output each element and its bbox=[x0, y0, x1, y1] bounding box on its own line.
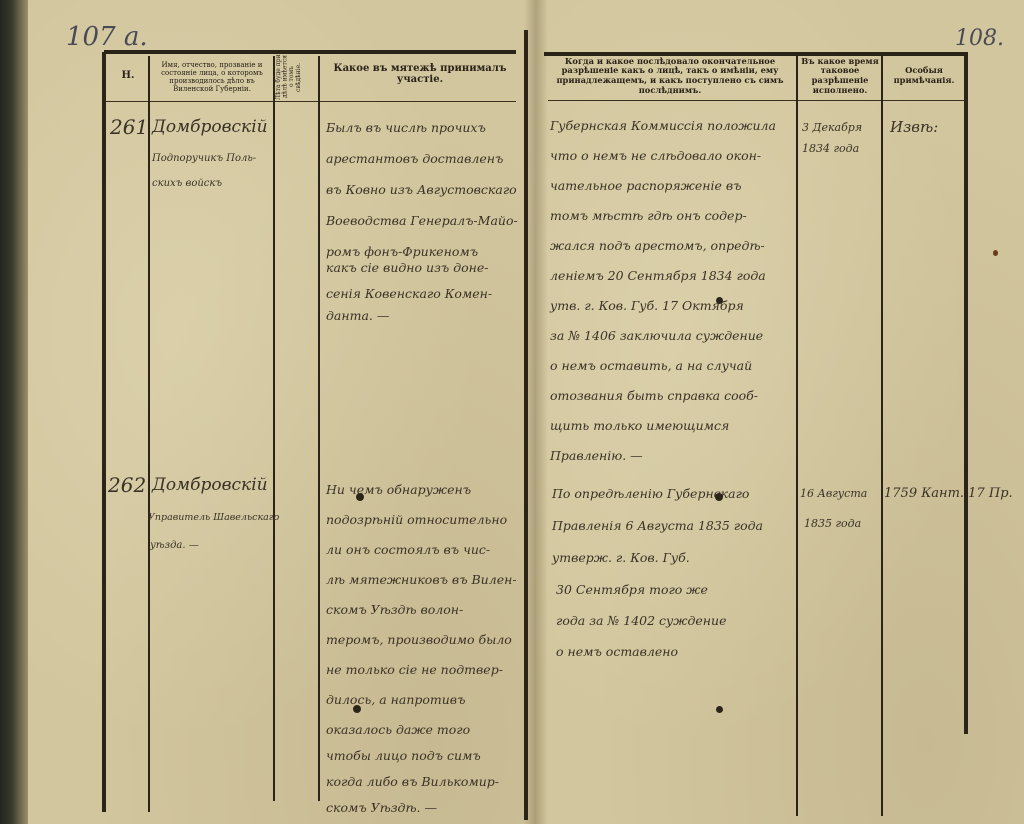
entry-executed-line1: 16 Августа bbox=[800, 478, 867, 509]
text-line: 30 Сентября того же bbox=[556, 574, 708, 605]
col-line-right-border bbox=[964, 54, 968, 734]
text-line: томъ мѣстѣ гдѣ онъ содер- bbox=[550, 200, 747, 231]
text-line: щить только имеющимся bbox=[550, 410, 729, 441]
text-line: арестантовъ доставленъ bbox=[326, 143, 503, 174]
text-line: утверж. г. Ков. Губ. bbox=[552, 542, 690, 573]
text-line: о немъ оставлено bbox=[556, 636, 678, 667]
text-line: о немъ оставить, а на случай bbox=[550, 350, 752, 381]
text-line: въ Ковно изъ Августовскаго bbox=[326, 174, 517, 205]
col-line-number bbox=[148, 56, 150, 812]
col-line-executed bbox=[881, 56, 883, 816]
folio-left: 107 a. bbox=[66, 22, 148, 52]
entry-number: 262 bbox=[108, 470, 146, 501]
header-executed: Въ какое время таковое разрѣшеніе исполн… bbox=[798, 56, 882, 96]
text-line: подозрѣній относительно bbox=[326, 504, 507, 535]
person-line: скихъ войскъ bbox=[152, 168, 222, 199]
entry-remarks: Извѣ: bbox=[890, 112, 938, 143]
text-line: года за № 1402 суждение bbox=[556, 605, 726, 636]
binding-hole bbox=[715, 493, 723, 501]
text-line: Правленія 6 Августа 1835 года bbox=[552, 510, 763, 541]
entry-executed-line2: 1834 года bbox=[802, 133, 859, 164]
entry-remarks: 1759 Кант. 17 Пр. bbox=[884, 478, 1013, 509]
header-resolution: Когда и какое послѣдовало окончательное … bbox=[546, 54, 794, 98]
text-line: чательное распоряженіе въ bbox=[550, 170, 742, 201]
binding-hole bbox=[716, 297, 723, 304]
text-line: Правленію. — bbox=[550, 440, 643, 471]
entry-executed-line2: 1835 года bbox=[804, 508, 861, 539]
text-line: Былъ въ числѣ прочихъ bbox=[326, 112, 486, 143]
ink-spot bbox=[993, 250, 998, 256]
col-line-left-border bbox=[102, 52, 106, 812]
binding-hole bbox=[353, 705, 361, 713]
entry-number: 261 bbox=[110, 112, 148, 143]
header-person: Имя, отчество, прозваніе и состояніе лиц… bbox=[150, 56, 274, 98]
text-line: скомъ Уѣздѣ волон- bbox=[326, 594, 463, 625]
text-line: за № 1406 заключила суждение bbox=[550, 320, 763, 351]
col-line-resolution bbox=[796, 56, 798, 816]
text-line: Губернская Коммиссія положила bbox=[550, 110, 776, 141]
person-line: уѣзда. — bbox=[150, 530, 199, 561]
col-line-left-inner bbox=[524, 30, 528, 820]
binding-hole bbox=[716, 706, 723, 713]
header-remarks: Особыя примѣчанія. bbox=[884, 56, 964, 96]
text-line: не только сіе не подтвер- bbox=[326, 654, 503, 685]
header-number: Н. bbox=[108, 56, 148, 96]
text-line: леніемъ 20 Сентября 1834 года bbox=[550, 260, 766, 291]
header-years: Лѣта буде при дѣлѣ имѣется о томъ свѣдѣн… bbox=[276, 54, 316, 100]
header-rule-right bbox=[548, 100, 966, 101]
text-line: теромъ, производимо было bbox=[326, 624, 512, 655]
text-line: отозвания быть справка сооб- bbox=[550, 380, 758, 411]
person-line: Управитель Шавельскаго bbox=[148, 502, 279, 533]
col-line-person bbox=[273, 56, 275, 801]
text-line: лѣ мятежниковъ въ Вилен- bbox=[326, 564, 517, 595]
text-line: скомъ Уѣздѣ. — bbox=[326, 792, 437, 823]
text-line: дилось, а напротивъ bbox=[326, 684, 465, 715]
text-line: Ни чемъ обнаруженъ bbox=[326, 474, 471, 505]
header-participation: Какое въ мятежѣ принималъ участіе. bbox=[320, 56, 520, 92]
folio-right: 108. bbox=[955, 26, 1004, 51]
text-line: Воеводства Генералъ-Майо- bbox=[326, 205, 518, 236]
person-line: Домбровскій bbox=[152, 470, 268, 501]
header-rule-left bbox=[104, 101, 516, 102]
text-line: данта. — bbox=[326, 300, 389, 331]
text-line: что о немъ не слѣдовало окон- bbox=[550, 140, 761, 171]
text-line: ли онъ состоялъ въ чис- bbox=[326, 534, 490, 565]
text-line: жался подъ арестомъ, опредѣ- bbox=[550, 230, 765, 261]
person-line: Домбровскій bbox=[152, 112, 268, 143]
col-line-years bbox=[318, 56, 320, 801]
text-line: утв. г. Ков. Губ. 17 Октября bbox=[550, 290, 744, 321]
binding-hole bbox=[356, 493, 364, 501]
